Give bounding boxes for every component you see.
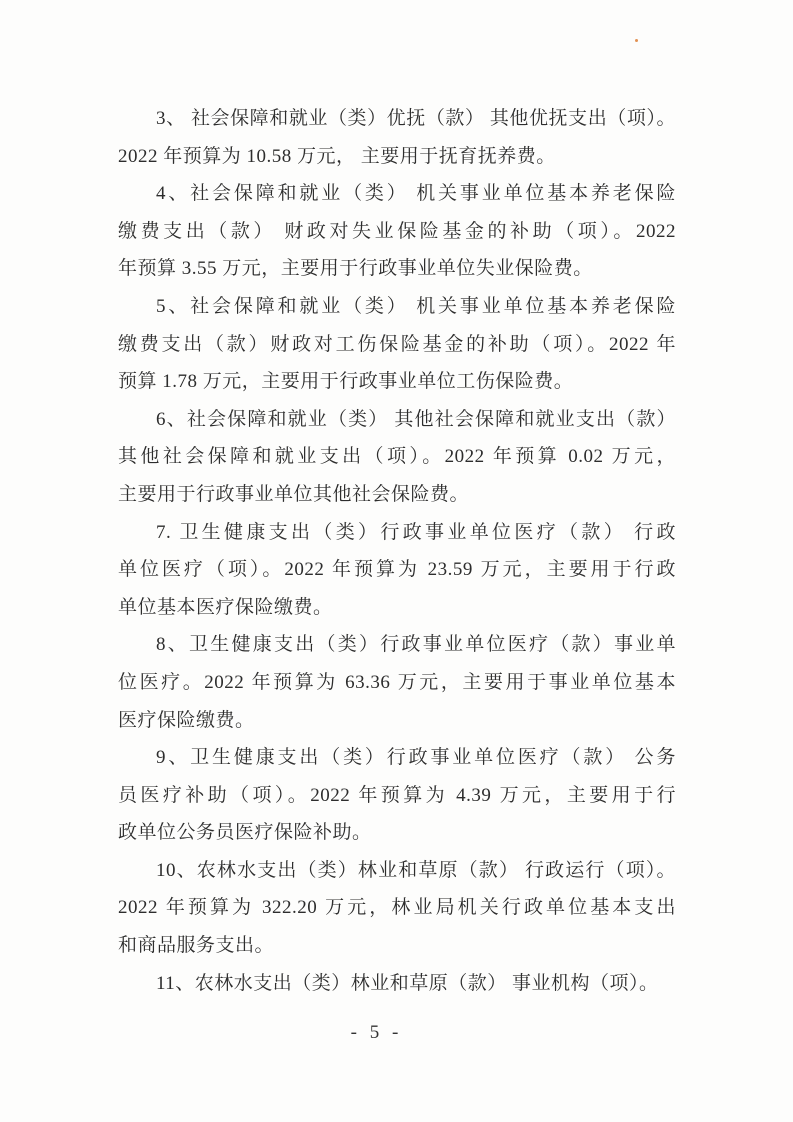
- text-line: 9、卫生健康支出（类）行政事业单位医疗（款） 公务: [118, 739, 676, 777]
- text-line: 8、卫生健康支出（类）行政事业单位医疗（款）事业单: [118, 626, 676, 664]
- page-number: - 5 -: [0, 1022, 773, 1044]
- text-line: 单位基本医疗保险缴费。: [118, 589, 676, 627]
- text-line: 政单位公务员医疗保险补助。: [118, 814, 676, 852]
- document-page: 3、 社会保障和就业（类）优抚（款） 其他优抚支出（项）。2022 年预算为 1…: [0, 0, 793, 1122]
- text-line: 3、 社会保障和就业（类）优抚（款） 其他优抚支出（项）。: [118, 100, 676, 138]
- scan-artifact: [635, 39, 638, 42]
- text-line: 缴费支出（款） 财政对失业保险基金的补助（项）。2022: [118, 213, 676, 251]
- text-line: 医疗保险缴费。: [118, 702, 676, 740]
- text-line: 11、农林水支出（类）林业和草原（款） 事业机构（项）。: [118, 965, 676, 1003]
- text-line: 2022 年预算为 322.20 万元，林业局机关行政单位基本支出: [118, 889, 676, 927]
- document-body: 3、 社会保障和就业（类）优抚（款） 其他优抚支出（项）。2022 年预算为 1…: [118, 100, 676, 1002]
- paragraph: 7. 卫生健康支出（类）行政事业单位医疗（款） 行政单位医疗（项）。2022 年…: [118, 514, 676, 627]
- text-line: 缴费支出（款）财政对工伤保险基金的补助（项）。2022 年: [118, 326, 676, 364]
- text-line: 7. 卫生健康支出（类）行政事业单位医疗（款） 行政: [118, 514, 676, 552]
- paragraph: 8、卫生健康支出（类）行政事业单位医疗（款）事业单位医疗。2022 年预算为 6…: [118, 626, 676, 739]
- text-line: 预算 1.78 万元，主要用于行政事业单位工伤保险费。: [118, 363, 676, 401]
- text-line: 年预算 3.55 万元，主要用于行政事业单位失业保险费。: [118, 250, 676, 288]
- paragraph: 5、社会保障和就业（类） 机关事业单位基本养老保险缴费支出（款）财政对工伤保险基…: [118, 288, 676, 401]
- text-line: 其他社会保障和就业支出（项）。2022 年预算 0.02 万元，: [118, 438, 676, 476]
- text-line: 员医疗补助（项）。2022 年预算为 4.39 万元，主要用于行: [118, 777, 676, 815]
- text-line: 6、社会保障和就业（类） 其他社会保障和就业支出（款）: [118, 401, 676, 439]
- text-line: 位医疗。2022 年预算为 63.36 万元，主要用于事业单位基本: [118, 664, 676, 702]
- paragraph: 11、农林水支出（类）林业和草原（款） 事业机构（项）。: [118, 965, 676, 1003]
- text-line: 5、社会保障和就业（类） 机关事业单位基本养老保险: [118, 288, 676, 326]
- text-line: 主要用于行政事业单位其他社会保险费。: [118, 476, 676, 514]
- paragraph: 3、 社会保障和就业（类）优抚（款） 其他优抚支出（项）。2022 年预算为 1…: [118, 100, 676, 175]
- text-line: 2022 年预算为 10.58 万元， 主要用于抚育抚养费。: [118, 138, 676, 176]
- paragraph: 6、社会保障和就业（类） 其他社会保障和就业支出（款）其他社会保障和就业支出（项…: [118, 401, 676, 514]
- text-line: 10、农林水支出（类）林业和草原（款） 行政运行（项）。: [118, 852, 676, 890]
- paragraph: 10、农林水支出（类）林业和草原（款） 行政运行（项）。2022 年预算为 32…: [118, 852, 676, 965]
- text-line: 4、社会保障和就业（类） 机关事业单位基本养老保险: [118, 175, 676, 213]
- text-line: 单位医疗（项）。2022 年预算为 23.59 万元，主要用于行政: [118, 551, 676, 589]
- paragraph: 4、社会保障和就业（类） 机关事业单位基本养老保险缴费支出（款） 财政对失业保险…: [118, 175, 676, 288]
- text-line: 和商品服务支出。: [118, 927, 676, 965]
- paragraph: 9、卫生健康支出（类）行政事业单位医疗（款） 公务员医疗补助（项）。2022 年…: [118, 739, 676, 852]
